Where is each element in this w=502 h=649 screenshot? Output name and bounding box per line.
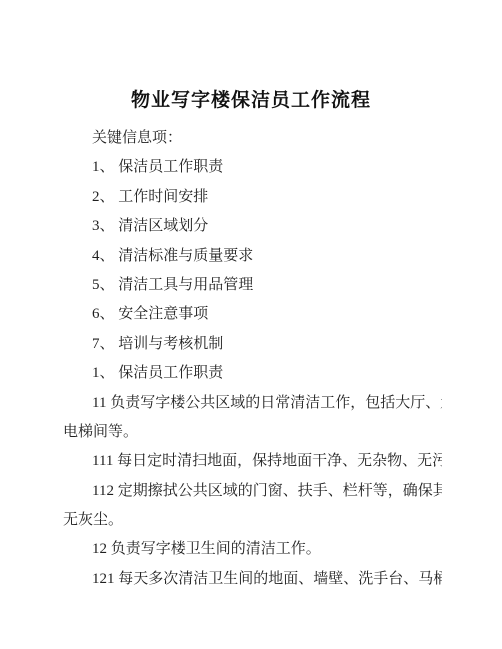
- paragraph: 1、 保洁员工作职责: [63, 359, 442, 388]
- paragraph: 1、 保洁员工作职责: [63, 153, 442, 182]
- paragraph-line: 11 负责写字楼公共区域的日常清洁工作，包括大厅、走廊、楼梯、: [63, 389, 442, 418]
- paragraph: 11 负责写字楼公共区域的日常清洁工作，包括大厅、走廊、楼梯、电梯间等。: [63, 389, 442, 448]
- document-body: 关键信息项：1、 保洁员工作职责2、 工作时间安排3、 清洁区域划分4、 清洁标…: [0, 124, 502, 594]
- paragraph-line: 111 每日定时清扫地面，保持地面干净、无杂物、无污渍。: [63, 447, 442, 476]
- paragraph: 关键信息项：: [63, 124, 442, 153]
- paragraph: 111 每日定时清扫地面，保持地面干净、无杂物、无污渍。: [63, 447, 442, 476]
- paragraph: 12 负责写字楼卫生间的清洁工作。: [63, 535, 442, 564]
- paragraph-line: 关键信息项：: [63, 124, 442, 153]
- paragraph-line: 电梯间等。: [63, 418, 442, 447]
- paragraph-line: 7、 培训与考核机制: [63, 330, 442, 359]
- paragraph: 2、 工作时间安排: [63, 183, 442, 212]
- paragraph: 4、 清洁标准与质量要求: [63, 242, 442, 271]
- paragraph-line: 6、 安全注意事项: [63, 300, 442, 329]
- paragraph: 7、 培训与考核机制: [63, 330, 442, 359]
- paragraph: 112 定期擦拭公共区域的门窗、扶手、栏杆等，确保其表面洁净、无灰尘。: [63, 477, 442, 536]
- document-title: 物业写字楼保洁员工作流程: [0, 86, 502, 115]
- paragraph-line: 5、 清洁工具与用品管理: [63, 271, 442, 300]
- paragraph-line: 121 每天多次清洁卫生间的地面、墙壁、洗手台、马桶等设施。: [63, 565, 442, 594]
- paragraph: 6、 安全注意事项: [63, 300, 442, 329]
- document-page: 物业写字楼保洁员工作流程 关键信息项：1、 保洁员工作职责2、 工作时间安排3、…: [0, 0, 502, 649]
- paragraph: 3、 清洁区域划分: [63, 212, 442, 241]
- paragraph-line: 12 负责写字楼卫生间的清洁工作。: [63, 535, 442, 564]
- paragraph-line: 1、 保洁员工作职责: [63, 359, 442, 388]
- paragraph-line: 2、 工作时间安排: [63, 183, 442, 212]
- paragraph-line: 4、 清洁标准与质量要求: [63, 242, 442, 271]
- paragraph: 5、 清洁工具与用品管理: [63, 271, 442, 300]
- paragraph: 121 每天多次清洁卫生间的地面、墙壁、洗手台、马桶等设施。: [63, 565, 442, 594]
- paragraph-line: 3、 清洁区域划分: [63, 212, 442, 241]
- paragraph-line: 1、 保洁员工作职责: [63, 153, 442, 182]
- paragraph-line: 112 定期擦拭公共区域的门窗、扶手、栏杆等，确保其表面洁净、: [63, 477, 442, 506]
- paragraph-line: 无灰尘。: [63, 506, 442, 535]
